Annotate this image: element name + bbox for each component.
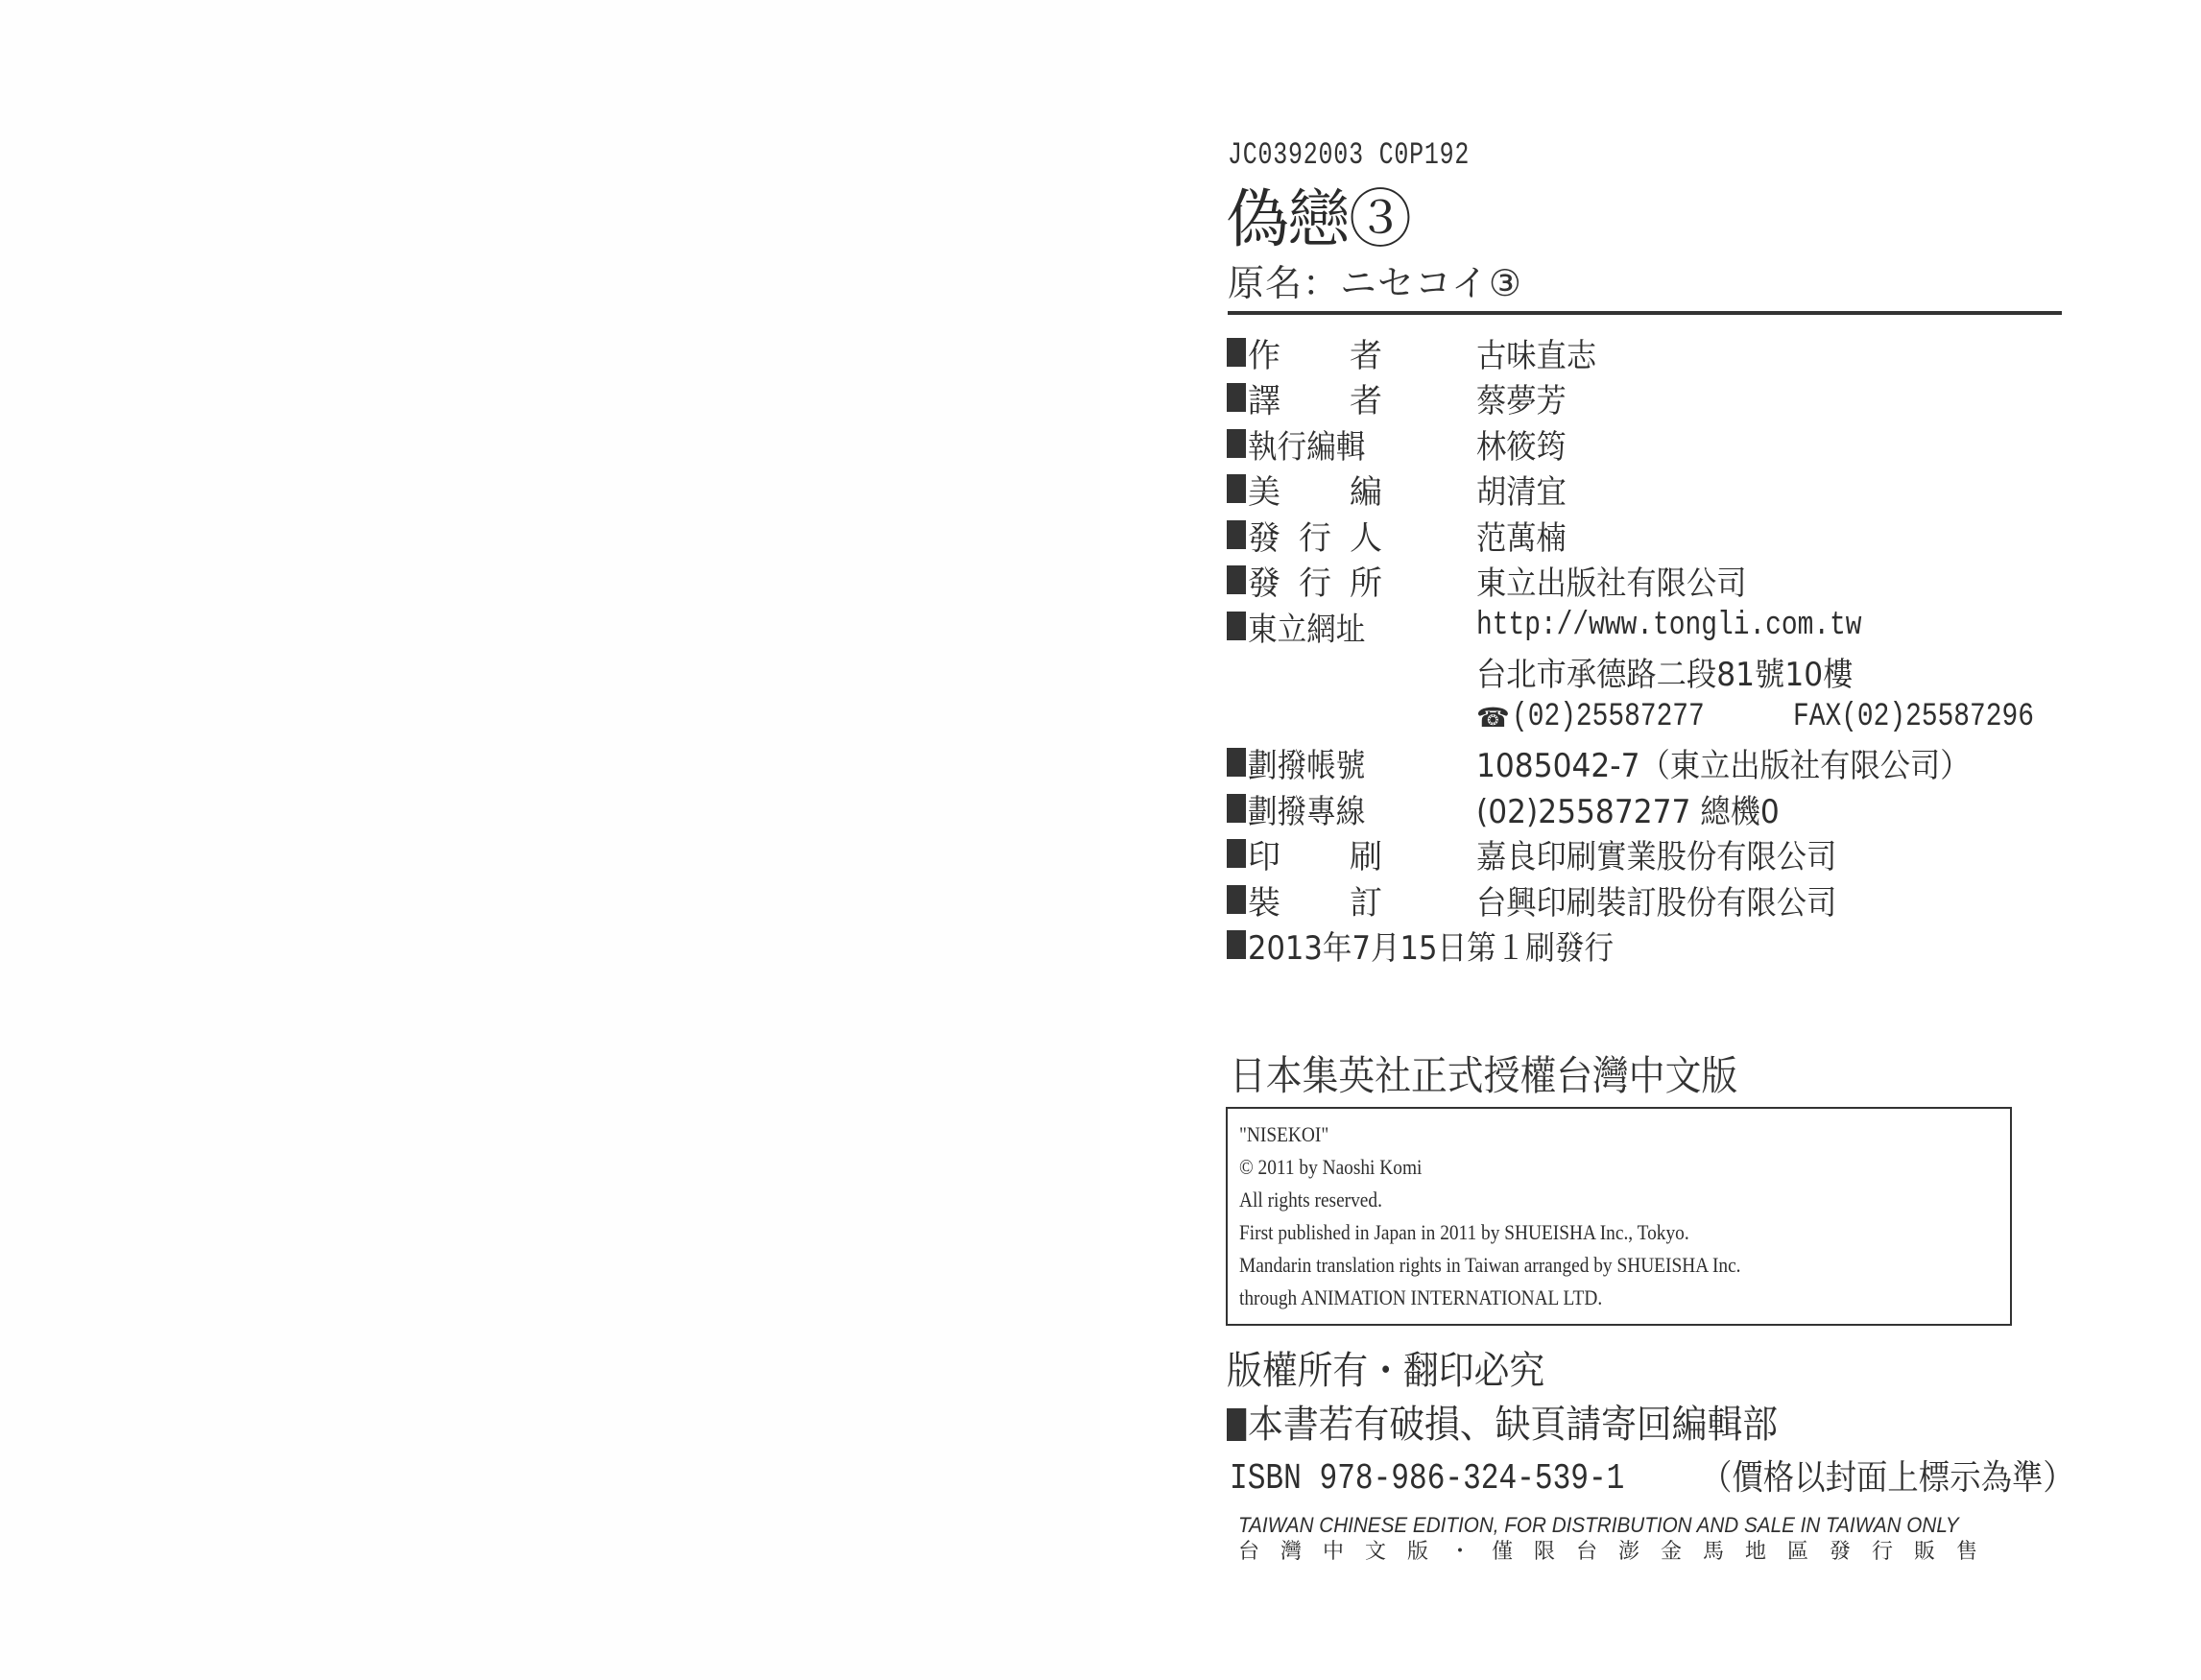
credit-row-website: 東立網址 http://www.tongli.com.tw (1227, 608, 1382, 644)
bullet-square-icon (1227, 930, 1246, 959)
credit-value: 古味直志 (1476, 334, 1596, 371)
bullet-square-icon (1227, 612, 1246, 640)
credit-row-binding: 裝訂 台興印刷裝訂股份有限公司 (1227, 881, 1382, 918)
price-note: （價格以封面上標示為準） (1701, 1461, 2074, 1496)
credit-value: 胡清宜 (1476, 470, 1567, 507)
bullet-square-icon (1227, 474, 1246, 503)
credit-row-art-editor: 美編 胡清宜 (1227, 470, 1382, 507)
blank-left-page (0, 0, 1100, 1680)
copyright-line: "NISEKOI" (1239, 1122, 1328, 1147)
credit-label: 東立網址 (1248, 603, 1369, 650)
bullet-square-icon (1227, 748, 1246, 777)
credit-label: 美編 (1248, 466, 1382, 513)
credit-value: 蔡夢芳 (1476, 379, 1567, 416)
credit-row-publishing-house: 發行所 東立出版社有限公司 (1227, 562, 1382, 598)
credit-value: 林筱筠 (1476, 425, 1567, 462)
bullet-square-icon (1227, 885, 1246, 914)
credit-label: 劃撥專線 (1248, 785, 1369, 832)
credit-label: 執行編輯 (1248, 420, 1369, 468)
credit-label: 發行人 (1248, 512, 1382, 559)
title-divider (1228, 311, 2062, 315)
copyright-line: © 2011 by Naoshi Komi (1239, 1155, 1422, 1180)
credit-row-publisher: 發行人 范萬楠 (1227, 516, 1382, 553)
credit-value: 東立出版社有限公司 (1476, 562, 1747, 598)
credit-value: 范萬楠 (1476, 516, 1567, 553)
copyright-box: "NISEKOI" © 2011 by Naoshi Komi All righ… (1226, 1107, 2012, 1326)
credit-row-postal-account: 劃撥帳號 1085042-7（東立出版社有限公司） (1227, 744, 1382, 780)
credit-label: 譯者 (1248, 374, 1382, 421)
credit-row-printing: 印刷 嘉良印刷實業股份有限公司 (1227, 835, 1382, 872)
edition-date: 2013年7月15日第１刷發行 (1248, 922, 1614, 969)
website-link[interactable]: http://www.tongli.com.tw (1476, 608, 1862, 644)
bullet-square-icon (1227, 839, 1246, 868)
distribution-notice-zh: 台灣中文版・僅限台澎金馬地區發行販售 (1238, 1542, 1998, 1563)
bullet-square-icon (1227, 383, 1246, 412)
fax-number: FAX(02)25587296 (1793, 699, 2034, 735)
catalog-code: JC0392003 C0P192 (1228, 140, 1470, 171)
credit-label: 作者 (1248, 329, 1382, 376)
original-title: 原名：ニセコイ③ (1228, 265, 1522, 301)
copyright-line: through ANIMATION INTERNATIONAL LTD. (1239, 1285, 1602, 1310)
bullet-square-icon (1227, 520, 1246, 549)
credit-label: 劃撥帳號 (1248, 739, 1369, 786)
credit-label: 印刷 (1248, 830, 1382, 877)
distribution-notice-en: TAIWAN CHINESE EDITION, FOR DISTRIBUTION… (1238, 1515, 1959, 1536)
copyright-line: First published in Japan in 2011 by SHUE… (1239, 1220, 1689, 1245)
bullet-square-icon (1227, 338, 1246, 367)
credit-row-postal-hotline: 劃撥專線 (02)25587277 總機0 (1227, 790, 1382, 827)
copyright-line: All rights reserved. (1239, 1188, 1382, 1212)
credit-value: 1085042-7（東立出版社有限公司） (1476, 744, 1971, 780)
credit-row-author: 作者 古味直志 (1227, 334, 1382, 371)
license-heading: 日本集英社正式授權台灣中文版 (1230, 1056, 1737, 1096)
edition-date-row: 2013年7月15日第１刷發行 (1227, 926, 1654, 963)
credit-value: 嘉良印刷實業股份有限公司 (1476, 835, 1836, 872)
credit-label: 發行所 (1248, 557, 1382, 604)
rights-notice: 版權所有・翻印必究 (1227, 1352, 1544, 1390)
credit-row-translator: 譯者 蔡夢芳 (1227, 379, 1382, 416)
bullet-square-icon (1227, 794, 1246, 823)
credit-value: (02)25587277 總機0 (1476, 790, 1780, 827)
telephone-icon: ☎ (1476, 702, 1510, 733)
book-title: 偽戀③ (1226, 188, 1410, 252)
damaged-book-text: 本書若有破損、缺頁請寄回編輯部 (1248, 1405, 1778, 1444)
phone-number: (02)25587277 (1512, 699, 1705, 735)
copyright-line: Mandarin translation rights in Taiwan ar… (1239, 1253, 1741, 1278)
isbn: ISBN 978-986-324-539-1 (1230, 1461, 1624, 1498)
address: 台北市承德路二段81號10樓 (1476, 653, 1853, 689)
credit-value: 台興印刷裝訂股份有限公司 (1476, 881, 1836, 918)
damaged-book-notice: 本書若有破損、缺頁請寄回編輯部 (1227, 1405, 1778, 1444)
bullet-square-icon (1227, 429, 1246, 458)
bullet-square-icon (1227, 1408, 1246, 1441)
bullet-square-icon (1227, 565, 1246, 594)
credit-row-exec-editor: 執行編輯 林筱筠 (1227, 425, 1382, 462)
credit-label: 裝訂 (1248, 876, 1382, 924)
phone-fax: ☎ (02)25587277 FAX(02)25587296 (1476, 699, 1747, 735)
